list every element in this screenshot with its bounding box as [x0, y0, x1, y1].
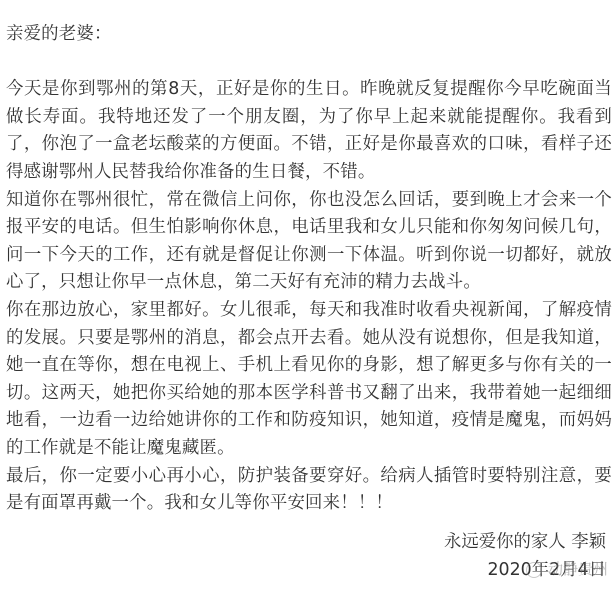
letter-paragraph-2: 知道你在鄂州很忙，常在微信上问你，你也没怎么回话，要到晚上才会来一个报平安的电话… — [6, 187, 612, 297]
letter-paragraph-1: 今天是你到鄂州的第8天，正好是你的生日。昨晚就反复提醒你今早吃碗面当做长寿面。我… — [6, 76, 612, 186]
letter-paragraph-3: 你在那边放心，家里都好。女儿很乖，每天和我准时收看央视新闻，了解疫情的发展。只要… — [6, 297, 612, 463]
letter-paragraph-4: 最后，你一定要小心再小心，防护装备要穿好。给病人插管时要特别注意，要是有面罩再戴… — [6, 463, 612, 518]
signature-closing: 永远爱你的家人 李颖 — [444, 529, 606, 557]
letter-signature: 永远爱你的家人 李颖 2020年2月4日 — [444, 529, 606, 584]
letter-body: 亲爱的老婆： 今天是你到鄂州的第8天，正好是你的生日。昨晚就反复提醒你今早吃碗面… — [6, 21, 612, 518]
signature-date: 2020年2月4日 — [444, 557, 606, 585]
letter-greeting: 亲爱的老婆： — [6, 21, 612, 49]
